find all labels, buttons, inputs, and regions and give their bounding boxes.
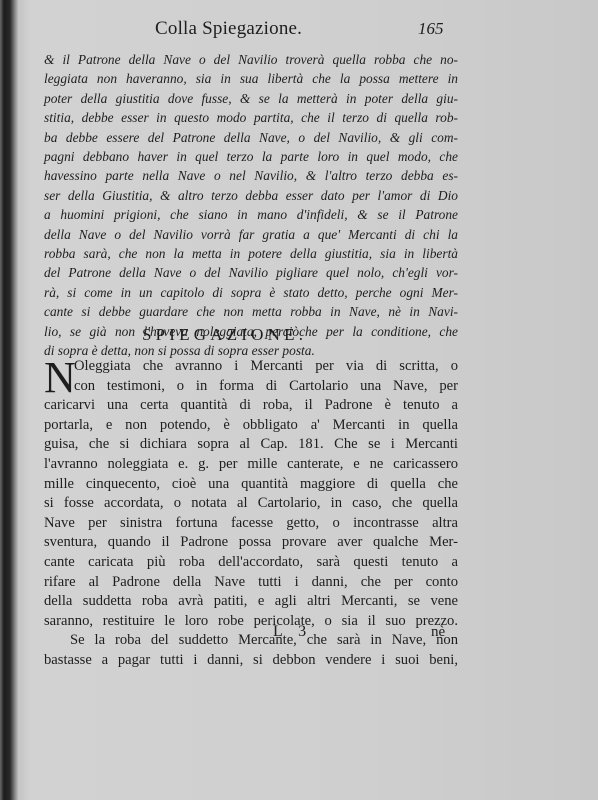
text-line: rà, si come in un capitolo di sopra è st… xyxy=(44,283,458,302)
signature-mark: L 3 xyxy=(273,623,312,641)
text-line: leggiata non haveranno, sia in sua liber… xyxy=(44,69,458,88)
text-line: a huomini prigioni, che siano in mano d'… xyxy=(44,205,458,224)
text-line: con testimoni, o in forma di Cartolario … xyxy=(44,377,458,397)
page-number: 165 xyxy=(418,19,444,39)
text-line: Nave per sinistra fortuna facesse getto,… xyxy=(44,514,458,534)
text-line: della suddetta roba avrà patiti, e agli … xyxy=(44,592,458,612)
text-line: & il Patrone della Nave o del Navilio tr… xyxy=(44,50,458,69)
text-line: guisa, che si dichiara sopra al Cap. 181… xyxy=(44,435,458,455)
text-line: Se la roba del suddetto Mercante, che sa… xyxy=(44,631,458,651)
book-spine-shadow xyxy=(0,0,18,800)
text-line: ba debbe essere del Patrone della Nave, … xyxy=(44,128,458,147)
text-line: cante caricata più roba dell'accordato, … xyxy=(44,553,458,573)
section-heading: SPIEGAZIONE. xyxy=(142,325,307,345)
book-page: Colla Spiegazione. 165 & il Patrone dell… xyxy=(18,0,598,800)
running-title: Colla Spiegazione. xyxy=(155,18,302,40)
chapter-text: & il Patrone della Nave o del Navilio tr… xyxy=(44,50,458,361)
catchword: nè xyxy=(431,624,445,641)
text-line: rifare al Padrone della Nave tutti i dan… xyxy=(44,573,458,593)
drop-cap: N xyxy=(44,359,76,397)
text-line: mille cinquecento, cioè una quantità mag… xyxy=(44,475,458,495)
text-line: caricarvi una certa quantità di roba, il… xyxy=(44,396,458,416)
text-line: robba sarà, che non la metta in potere d… xyxy=(44,244,458,263)
text-line: poter della giustitia dove fusse, & se l… xyxy=(44,89,458,108)
explanation-text: N Oleggiata che avranno i Mercanti per v… xyxy=(44,357,458,671)
text-line: si fosse accordata, o notata al Cartolar… xyxy=(44,494,458,514)
text-line: della Nave o del Navilio vorrà far grati… xyxy=(44,225,458,244)
text-line: Oleggiata che avranno i Mercanti per via… xyxy=(44,357,458,377)
text-line: cante si debbe guardare che non metta ro… xyxy=(44,302,458,321)
text-line: l'avranno noleggiata e. g. per mille can… xyxy=(44,455,458,475)
text-line: bastasse a pagar tutti i danni, si debbo… xyxy=(44,651,458,671)
text-line: portarla, e non potendo, è obbligato a' … xyxy=(44,416,458,436)
text-line: sventura, quando il Padrone possa provar… xyxy=(44,533,458,553)
text-line: del Patrone della Nave o del Navilio pig… xyxy=(44,263,458,282)
text-line: ser della Giustitia, & altro terzo debba… xyxy=(44,186,458,205)
text-line: saranno, restituire le loro robe pericol… xyxy=(44,612,458,632)
text-line: stitia, debbe esser in questo modo parti… xyxy=(44,108,458,127)
text-line: havessino parte nella Nave o nel Navilio… xyxy=(44,166,458,185)
text-line: pagni debbano haver in quel terzo la par… xyxy=(44,147,458,166)
